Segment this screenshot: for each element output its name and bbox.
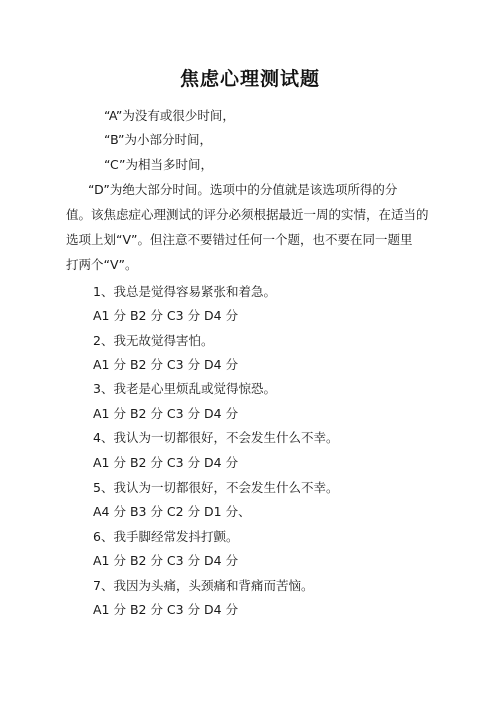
question-3-scoring: A1 分 B2 分 C3 分 D4 分	[93, 406, 238, 422]
question-6: 6、我手脚经常发抖打颤。	[93, 529, 238, 545]
question-6-scoring: A1 分 B2 分 C3 分 D4 分	[93, 553, 238, 569]
instruction-line-3: 选项上划“V”。但注意不要错过任何一个题，也不要在同一题里	[66, 232, 413, 248]
question-4-scoring: A1 分 B2 分 C3 分 D4 分	[93, 455, 238, 471]
definition-a: “A”为没有或很少时间，	[104, 108, 235, 124]
question-7: 7、我因为头痛，头颈痛和背痛而苦恼。	[93, 578, 313, 594]
question-3: 3、我老是心里烦乱或觉得惊恐。	[93, 381, 276, 397]
question-2-scoring: A1 分 B2 分 C3 分 D4 分	[93, 357, 238, 373]
instruction-line-2: 值。该焦虑症心理测试的评分必须根据最近一周的实情，在适当的	[66, 207, 429, 223]
question-5-scoring: A4 分 B3 分 C2 分 D1 分、	[93, 504, 251, 520]
instruction-line-1: “D”为绝大部分时间。选项中的分值就是该选项所得的分	[88, 182, 397, 198]
document-title: 焦虑心理测试题	[0, 64, 500, 91]
question-4: 4、我认为一切都很好，不会发生什么不幸。	[93, 430, 338, 446]
definition-b: “B”为小部分时间，	[104, 132, 212, 148]
question-2: 2、我无故觉得害怕。	[93, 333, 213, 349]
question-5: 5、我认为一切都很好，不会发生什么不幸。	[93, 480, 338, 496]
question-1-scoring: A1 分 B2 分 C3 分 D4 分	[93, 308, 238, 324]
question-1: 1、我总是觉得容易紧张和着急。	[93, 284, 276, 300]
document-page: 焦虑心理测试题 “A”为没有或很少时间， “B”为小部分时间， “C”为相当多时…	[0, 0, 500, 707]
question-7-scoring: A1 分 B2 分 C3 分 D4 分	[93, 602, 238, 618]
definition-c: “C”为相当多时间，	[104, 157, 213, 173]
instruction-line-4: 打两个“V”。	[66, 257, 138, 273]
